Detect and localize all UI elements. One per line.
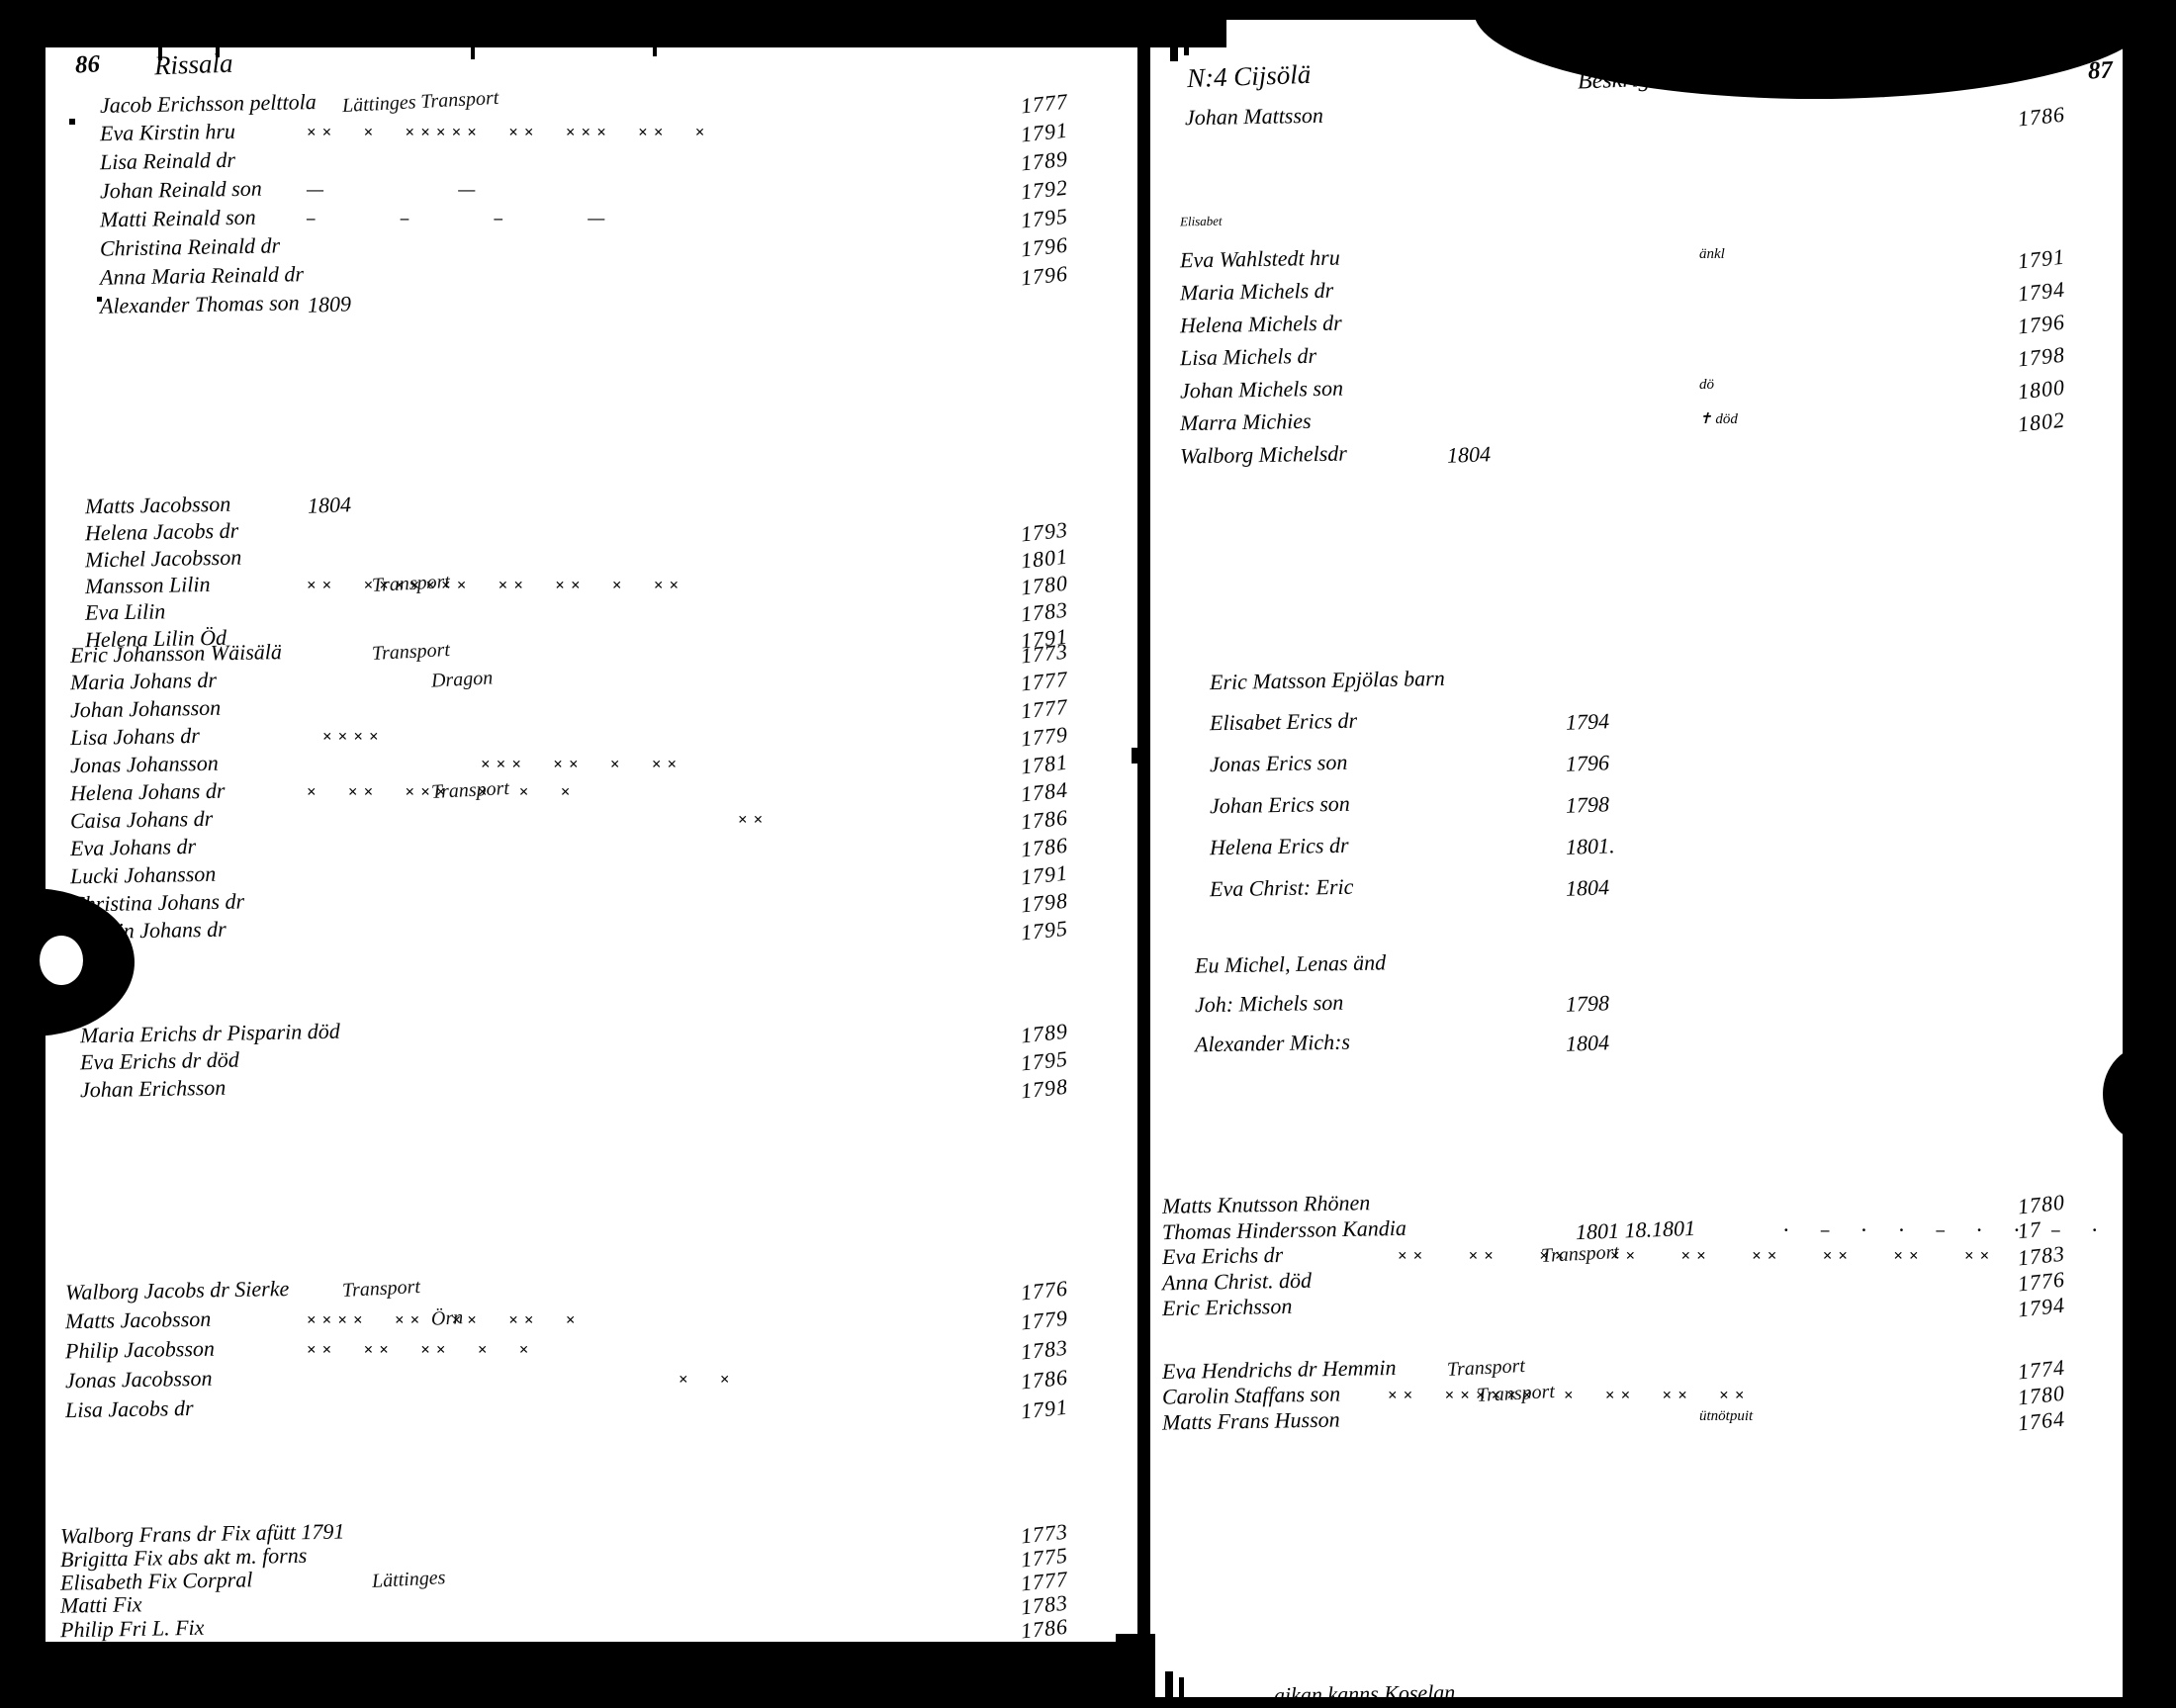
person-name: Helena Michels dr [1180, 311, 1342, 339]
tally-marks: × × [679, 1370, 736, 1390]
inline-year: 1798 [1566, 990, 1610, 1018]
person-name: Matts Knutsson Rhönen [1162, 1190, 1371, 1219]
register-row: Eva Erichs dr död1795 [45, 1048, 1137, 1078]
year-value: 1779 [1020, 1305, 1069, 1336]
register-row: Joh: Michels son1798 [1150, 991, 2123, 1021]
year-value: 1796 [2017, 310, 2066, 340]
register-row: Eric Matsson Epjölas barn [1150, 668, 2123, 697]
person-name: Eva Johans dr [70, 834, 197, 861]
person-name: Michel Jacobsson [85, 545, 242, 574]
right-heading-number: N:4 Cijsölä [1186, 59, 1311, 94]
year-value: 1792 [1020, 175, 1069, 206]
register-row: Johan Michels sondö1800 [1150, 377, 2123, 406]
person-name: Maria Johans dr [70, 668, 217, 696]
person-name: Anna Maria Reinald dr [100, 261, 304, 291]
person-name: Helena Jacobs dr [85, 518, 239, 547]
year-value: 17 [2017, 1216, 2043, 1244]
spine-top-bar-2 [1184, 0, 1189, 55]
person-name: Johan Reinald son [100, 176, 262, 205]
year-value: 1794 [2017, 1293, 2066, 1323]
year-value: 1764 [2017, 1406, 2066, 1437]
margin-annotation: Transport [371, 571, 450, 597]
year-value: 1779 [1020, 722, 1069, 753]
register-row: Lisa Johans dr××××1779 [45, 724, 1137, 754]
person-name: Johan Michels son [1180, 376, 1343, 405]
person-name: Helena Erics dr [1210, 833, 1349, 860]
inline-year: 1804 [308, 492, 352, 519]
status-note: ütnötpuit [1699, 1408, 1753, 1425]
register-row: Lisa Jacobs dr1791 [45, 1396, 1137, 1426]
register-row: Maria Michels dr1794 [1150, 279, 2123, 309]
year-value: 1776 [1020, 1276, 1069, 1306]
register-row: Elisabet [1150, 214, 2123, 243]
margin-annotation: Transport [341, 1276, 420, 1303]
register-row: Gadvin Johans dr1795 [45, 918, 1137, 947]
year-value: 1795 [1020, 204, 1069, 234]
year-value: 1777 [1020, 667, 1069, 697]
person-name: Matti Fix [60, 1591, 142, 1618]
year-value: 1800 [2017, 375, 2066, 405]
inline-year: 1796 [1566, 750, 1610, 777]
scan-spine-bottom [1116, 1634, 1155, 1708]
year-value: 1777 [1020, 694, 1069, 725]
margin-annotation: Lättinges Transport [342, 87, 499, 118]
margin-annotation: Transport [1540, 1241, 1619, 1268]
inline-year: 1804 [1447, 441, 1492, 469]
person-name: Caisa Johans dr [70, 806, 214, 835]
scan-border-left [0, 0, 45, 1708]
person-name: Thomas Hindersson Kandia [1162, 1215, 1406, 1245]
person-name: Elisabet Erics dr [1210, 708, 1358, 737]
tally-marks: ×××× [322, 727, 385, 747]
tally-marks: · – · · – · · – · [1783, 1220, 2104, 1240]
person-name: Mansson Lilin [85, 572, 211, 599]
right-page: 87 N:4 Cijsölä Beskrign Johan Mattsson17… [1150, 20, 2123, 1697]
register-row: Christina Johans dr1798 [45, 890, 1137, 920]
person-name: Matts Frans Husson [1162, 1406, 1340, 1435]
person-name: Eu Michel, Lenas änd [1195, 949, 1387, 978]
year-value: 1791 [1020, 118, 1069, 148]
person-name: Eva Hendrichs dr Hemmin [1162, 1355, 1397, 1385]
year-value: 1786 [2017, 102, 2066, 133]
inline-year: 1804 [1566, 874, 1610, 902]
register-row: Helena Johans dr× ×× ××× × × ×Transport1… [45, 779, 1137, 809]
year-value: 1801 [1020, 544, 1069, 575]
person-name: Elisabet [1180, 214, 1223, 230]
status-note: dö [1699, 377, 1714, 394]
tally-marks: — — [307, 180, 481, 200]
tally-marks: ×× ××××××× ×× ×× × ×× [307, 576, 684, 595]
margin-annotation: Dragon [430, 667, 493, 692]
inline-year: 1794 [1566, 708, 1610, 736]
register-row: Alexander Mich:s1804 [1150, 1031, 2123, 1060]
person-name: Lisa Jacobs dr [65, 1395, 194, 1423]
person-name: Alexander Thomas son [100, 290, 300, 319]
register-row: Helena Erics dr1801. [1150, 834, 2123, 863]
person-name: Lucki Johansson [70, 861, 217, 890]
person-name: Eric Matsson Epjölas barn [1210, 666, 1445, 695]
year-value: 1777 [1020, 89, 1069, 120]
register-row: Lucki Johansson1791 [45, 862, 1137, 892]
page-number-left: 86 [74, 50, 100, 79]
year-value: 1786 [1020, 805, 1069, 836]
top-tick-4 [653, 47, 657, 56]
register-row: Christina Reinald dr1796 [45, 234, 1137, 264]
person-name: Matti Reinald son [100, 205, 256, 233]
year-value: 1798 [1020, 1074, 1069, 1105]
spine-line-1 [1137, 44, 1141, 1642]
year-value: 1789 [1020, 146, 1069, 177]
year-value: 1795 [1020, 1046, 1069, 1077]
tally-marks: – – – — [307, 209, 610, 228]
speck-3 [1132, 748, 1137, 764]
person-name: Johan Johansson [70, 695, 222, 724]
person-name: Jacob Erichsson pelttola [100, 89, 317, 119]
thumb-highlight [40, 936, 83, 985]
scan-border-top-left [0, 0, 1226, 47]
scan-border-bottom-right [1130, 1697, 2176, 1708]
tally-marks: ×× ×××××× × ×× ×× ×× [1388, 1386, 1751, 1405]
person-name: Eva Kirstin hru [100, 119, 235, 146]
register-row: Jacob Erichsson pelttolaLättinges Transp… [45, 91, 1137, 121]
register-row: Anna Maria Reinald dr1796 [45, 263, 1137, 293]
person-name: Walborg Jacobs dr Sierke [65, 1276, 290, 1305]
year-value: 1789 [1020, 1019, 1069, 1049]
person-name: Helena Johans dr [70, 778, 226, 807]
person-name: Walborg Michelsdr [1180, 441, 1347, 470]
register-row: Johan Mattsson1786 [1150, 104, 2123, 134]
register-row: Eva Christ: Eric1804 [1150, 875, 2123, 905]
register-row: Marra Michies✝ död1802 [1150, 409, 2123, 439]
person-name: Jonas Jacobsson [65, 1366, 213, 1394]
register-row: Jonas Johansson××× ×× × ××1781 [45, 752, 1137, 781]
person-name: Alexander Mich:s [1195, 1030, 1350, 1058]
top-tick-1 [158, 47, 162, 60]
register-row: Eu Michel, Lenas änd [1150, 951, 2123, 981]
status-note: änkl [1699, 246, 1725, 263]
year-value: 1798 [2017, 342, 2066, 373]
year-value: 1773 [1020, 639, 1069, 670]
tally-marks: ××× ×× × ×× [481, 755, 682, 774]
spine-bottom-bar-1 [1165, 1671, 1173, 1708]
person-name: Marra Michies [1180, 408, 1312, 436]
inline-year: 1804 [1566, 1030, 1610, 1057]
person-name: Philip Jacobsson [65, 1336, 215, 1365]
person-name: Lisa Johans dr [70, 723, 200, 751]
scan-border-bottom-left [0, 1642, 1130, 1708]
register-row: Lisa Reinald dr1789 [45, 148, 1137, 178]
margin-annotation: Örn [430, 1306, 463, 1331]
year-value: 1796 [1020, 261, 1069, 292]
person-name: Eva Erichs dr död [80, 1047, 239, 1076]
person-name: Anna Christ. död [1162, 1268, 1312, 1297]
person-name: Eric Johansson Wäisälä [70, 639, 282, 669]
person-name: Eva Christ: Eric [1210, 874, 1354, 903]
year-value: 1783 [1020, 1335, 1069, 1366]
person-name: Joh: Michels son [1195, 990, 1344, 1019]
year-value: 1786 [1020, 1365, 1069, 1395]
person-name: Jonas Johansson [70, 751, 219, 779]
register-row: Mansson Lilin×× ××××××× ×× ×× × ××Transp… [45, 573, 1137, 602]
person-name: Eva Erichs dr [1162, 1242, 1284, 1270]
person-name: Matts Jacobsson [65, 1306, 212, 1335]
year-value: 1783 [1020, 597, 1069, 628]
person-name: Jonas Erics son [1210, 750, 1348, 777]
year-value: 1781 [1020, 750, 1069, 780]
year-value: 1791 [1020, 1394, 1069, 1425]
register-row: Matts Jacobsson×××× ×× ×× ×× ×Örn1779 [45, 1307, 1137, 1337]
register-row: Alexander Thomas son1809 [45, 292, 1137, 321]
register-row: Johan Reinald son— —1792 [45, 177, 1137, 207]
register-row: Eric Johansson WäisäläTransport1773 [45, 641, 1137, 671]
register-row: Lisa Michels dr1798 [1150, 344, 2123, 374]
margin-annotation: Transport [430, 777, 509, 804]
tally-marks: ×× ×× ×× × × [307, 1340, 535, 1360]
register-row: Johan Johansson1777 [45, 696, 1137, 726]
tally-marks: ×× [738, 810, 769, 830]
person-name: Johan Mattsson [1185, 103, 1323, 131]
margin-annotation: Transport [371, 639, 450, 666]
person-name: Carolin Staffans son [1162, 1381, 1341, 1409]
year-value: 1795 [1020, 916, 1069, 946]
person-name: Lisa Michels dr [1180, 343, 1317, 371]
person-name: Matts Jacobsson [85, 492, 231, 520]
speck-1 [69, 119, 75, 125]
person-name: Eva Lilin [85, 598, 166, 625]
year-value: 1798 [1020, 888, 1069, 919]
register-row: Eva Kirstin hru×× × ××××× ×× ××× ×× ×179… [45, 120, 1137, 149]
register-row: Matti Reinald son– – – —1795 [45, 206, 1137, 235]
register-row: Maria Erichs dr Pisparin död1789 [45, 1021, 1137, 1050]
register-row: Johan Erics son1798 [1150, 792, 2123, 822]
person-name: Maria Michels dr [1180, 278, 1334, 307]
year-value: 1793 [1020, 517, 1069, 548]
year-value: 1794 [2017, 277, 2066, 308]
register-row: Eva Wahlstedt hruänkl1791 [1150, 246, 2123, 276]
person-name: Johan Erichsson [80, 1075, 227, 1104]
margin-annotation: Transport [1446, 1355, 1525, 1382]
margin-annotation: Transport [1476, 1381, 1555, 1407]
tally-marks: ×× × ××××× ×× ××× ×× × [307, 123, 711, 142]
inline-year: 1809 [308, 291, 352, 318]
register-row: Johan Erichsson1798 [45, 1076, 1137, 1106]
person-name: Christina Reinald dr [100, 232, 281, 261]
register-row: Walborg Jacobs dr SierkeTransport1776 [45, 1278, 1137, 1307]
inline-year: 1801. [1566, 833, 1615, 860]
register-row: Jonas Jacobsson× ×1786 [45, 1367, 1137, 1396]
register-scan: 86 Rissala Jacob Erichsson pelttolaLätti… [0, 0, 2176, 1708]
person-name: Maria Erichs dr Pisparin död [80, 1019, 340, 1049]
year-value: 1796 [1020, 232, 1069, 263]
status-note: ✝ död [1699, 409, 1738, 428]
margin-annotation: Lättinges [371, 1567, 446, 1593]
tally-marks: ×× ×× ×× ×× ×× ×× ×× ×× ×× [1398, 1246, 1995, 1266]
speck-2 [97, 297, 102, 302]
register-row: Caisa Johans dr××1786 [45, 807, 1137, 837]
spine-top-bar-1 [1170, 0, 1178, 61]
inline-year: 1798 [1566, 791, 1610, 819]
register-row: Walborg Michelsdr1804 [1150, 442, 2123, 472]
inline-year: 1801 18.1801 [1576, 1215, 1696, 1245]
register-row: Philip Jacobsson×× ×× ×× × ×1783 [45, 1337, 1137, 1367]
person-name: Johan Erics son [1210, 791, 1350, 819]
spine-bottom-bar-2 [1179, 1677, 1184, 1708]
year-value: 1780 [2017, 1190, 2066, 1220]
left-heading: Rissala [153, 48, 233, 82]
register-row: Eric Erichsson1794 [1150, 1295, 2123, 1324]
register-row: Helena Michels dr1796 [1150, 312, 2123, 341]
scan-border-right [2123, 0, 2176, 1708]
top-tick-2 [216, 47, 220, 57]
top-tick-3 [471, 47, 475, 59]
year-value: 1802 [2017, 407, 2066, 438]
year-value: 1780 [1020, 571, 1069, 601]
register-row: Elisabet Erics dr1794 [1150, 709, 2123, 739]
register-row: Matts Frans Hussonütnötpuit1764 [1150, 1408, 2123, 1438]
register-row: Jonas Erics son1796 [1150, 751, 2123, 780]
register-row: Maria Johans drDragon1777 [45, 669, 1137, 698]
year-value: 1784 [1020, 777, 1069, 808]
person-name: Lisa Reinald dr [100, 147, 235, 175]
year-value: 1786 [1020, 833, 1069, 863]
register-row: Eva Johans dr1786 [45, 835, 1137, 864]
year-value: 1791 [1020, 860, 1069, 891]
spine-line-2 [1145, 36, 1148, 1658]
left-page: 86 Rissala Jacob Erichsson pelttolaLätti… [45, 47, 1137, 1642]
person-name: Eric Erichsson [1162, 1294, 1293, 1321]
person-name: Eva Wahlstedt hru [1180, 245, 1340, 274]
year-value: 1791 [2017, 244, 2066, 275]
